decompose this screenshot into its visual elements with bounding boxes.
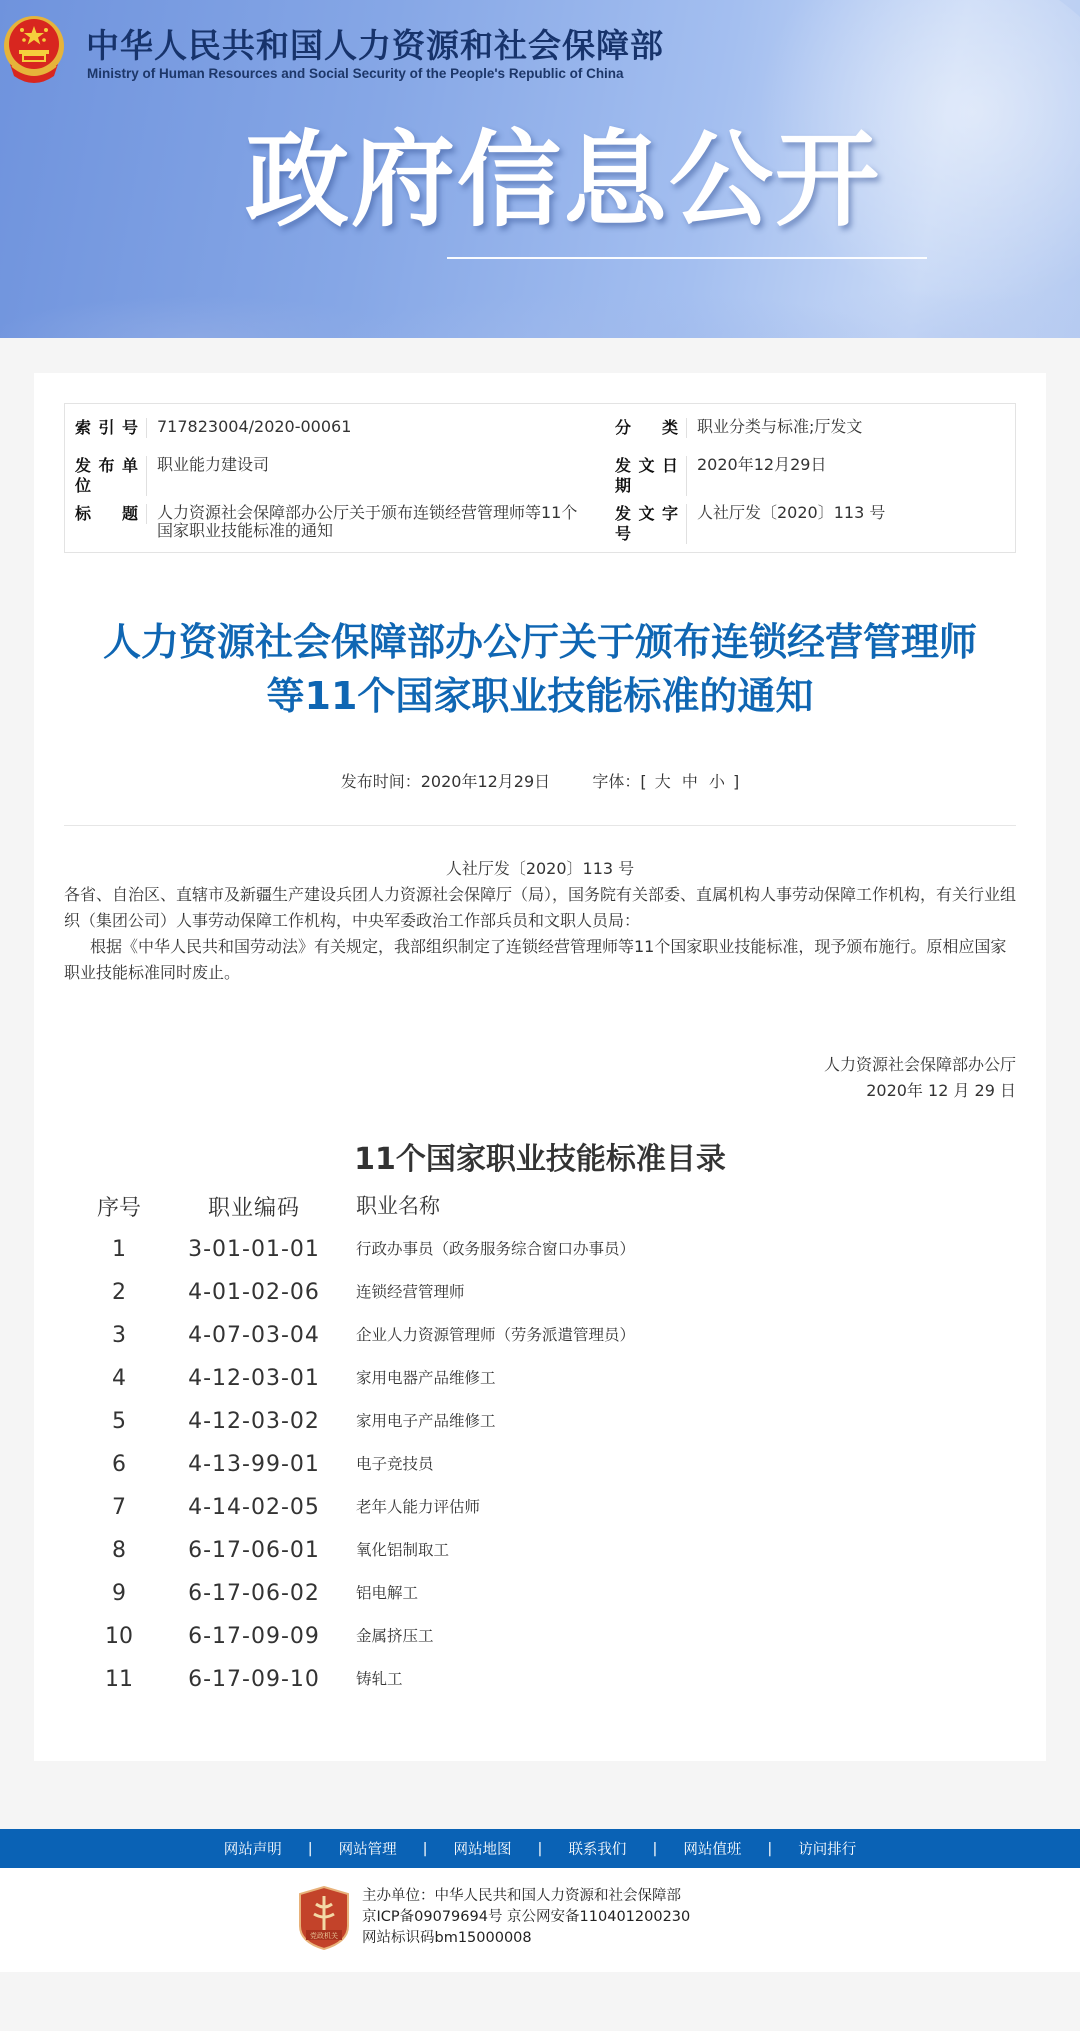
- footer-site-code: 网站标识码bm15000008: [362, 1928, 690, 1949]
- body-paragraph: 根据《中华人民共和国劳动法》有关规定，我部组织制定了连锁经营管理师等11个国家职…: [64, 934, 1016, 986]
- footer-separator: |: [401, 1841, 450, 1857]
- table-row: 86-17-06-01氧化铝制取工: [74, 1529, 644, 1572]
- ministry-name-cn[interactable]: 中华人民共和国人力资源和社会保障部: [86, 20, 664, 67]
- signature-block: 人力资源社会保障部办公厅 2020年 12 月 29 日: [64, 1052, 1016, 1104]
- row-number: 6: [74, 1443, 164, 1486]
- ministry-name-en[interactable]: Ministry of Human Resources and Social S…: [87, 66, 624, 81]
- font-size-small-link[interactable]: 小: [706, 772, 728, 791]
- issue-date-label: 发文日期: [615, 456, 687, 496]
- footer-info-area: 党政机关 主办单位：中华人民共和国人力资源和社会保障部 京ICP备0907969…: [0, 1868, 1080, 1972]
- occupation-name: 氧化铝制取工: [344, 1529, 644, 1572]
- occupation-code: 4-13-99-01: [164, 1443, 344, 1486]
- banner-underline: [447, 257, 927, 259]
- publisher-label: 发布单位: [75, 456, 147, 496]
- footer-link-statement[interactable]: 网站声明: [220, 1838, 286, 1859]
- table-row: 54-12-03-02家用电子产品维修工: [74, 1400, 644, 1443]
- occupation-name: 连锁经营管理师: [344, 1271, 644, 1314]
- font-bracket-open: [: [640, 772, 646, 791]
- signature-date: 2020年 12 月 29 日: [64, 1078, 1016, 1104]
- footer-sponsor: 主办单位：中华人民共和国人力资源和社会保障部: [362, 1886, 690, 1907]
- doc-number-label: 发文字号: [615, 504, 687, 544]
- footer-link-sitemap[interactable]: 网站地图: [450, 1838, 516, 1859]
- table-body: 13-01-01-01行政办事员（政务服务综合窗口办事员）24-01-02-06…: [74, 1228, 644, 1701]
- occupation-code: 6-17-06-01: [164, 1529, 344, 1572]
- occupation-code: 6-17-09-09: [164, 1615, 344, 1658]
- occupation-code: 4-12-03-02: [164, 1400, 344, 1443]
- occupation-name: 铝电解工: [344, 1572, 644, 1615]
- document-metadata-table: 索引号 717823004/2020-00061 分类 职业分类与标准;厅发文 …: [64, 403, 1016, 553]
- occupation-code: 4-12-03-01: [164, 1357, 344, 1400]
- table-row: 44-12-03-01家用电器产品维修工: [74, 1357, 644, 1400]
- category-value: 职业分类与标准;厅发文: [697, 418, 862, 436]
- table-row: 34-07-03-04企业人力资源管理师（劳务派遣管理员）: [74, 1314, 644, 1357]
- issue-date-value: 2020年12月29日: [697, 456, 826, 474]
- table-header-row: 序号 职业编码 职业名称: [74, 1184, 644, 1228]
- national-emblem-icon[interactable]: [2, 14, 66, 86]
- content-card: 索引号 717823004/2020-00061 分类 职业分类与标准;厅发文 …: [34, 373, 1046, 1761]
- row-number: 9: [74, 1572, 164, 1615]
- occupation-name: 老年人能力评估师: [344, 1486, 644, 1529]
- row-number: 1: [74, 1228, 164, 1271]
- row-number: 4: [74, 1357, 164, 1400]
- occupation-code: 4-01-02-06: [164, 1271, 344, 1314]
- party-government-badge-icon[interactable]: 党政机关: [298, 1886, 350, 1950]
- table-row: 13-01-01-01行政办事员（政务服务综合窗口办事员）: [74, 1228, 644, 1271]
- body-doc-number: 人社厅发〔2020〕113 号: [64, 856, 1016, 882]
- category-label: 分类: [615, 418, 687, 438]
- occupation-code: 3-01-01-01: [164, 1228, 344, 1271]
- table-row: 106-17-09-09金属挤压工: [74, 1615, 644, 1658]
- row-number: 3: [74, 1314, 164, 1357]
- footer-link-management[interactable]: 网站管理: [335, 1838, 401, 1859]
- row-number: 2: [74, 1271, 164, 1314]
- row-number: 10: [74, 1615, 164, 1658]
- occupation-name: 家用电器产品维修工: [344, 1357, 644, 1400]
- title-value: 人力资源社会保障部办公厅关于颁布连锁经营管理师等11个国家职业技能标准的通知: [157, 504, 587, 540]
- table-row: 64-13-99-01电子竞技员: [74, 1443, 644, 1486]
- title-label: 标题: [75, 504, 147, 524]
- row-number: 8: [74, 1529, 164, 1572]
- occupation-code: 4-14-02-05: [164, 1486, 344, 1529]
- occupation-standards-table: 序号 职业编码 职业名称 13-01-01-01行政办事员（政务服务综合窗口办事…: [74, 1184, 644, 1701]
- publish-time-label: 发布时间：: [341, 772, 421, 791]
- occupation-name: 金属挤压工: [344, 1615, 644, 1658]
- font-size-medium-link[interactable]: 中: [679, 772, 701, 791]
- article-title-line2: 等11个国家职业技能标准的通知: [267, 674, 814, 718]
- table-row: 24-01-02-06连锁经营管理师: [74, 1271, 644, 1314]
- publish-time-value: 2020年12月29日: [421, 772, 550, 791]
- doc-number-value: 人社厅发〔2020〕113 号: [697, 504, 885, 522]
- footer-link-duty[interactable]: 网站值班: [679, 1838, 745, 1859]
- row-number: 7: [74, 1486, 164, 1529]
- occupation-name: 企业人力资源管理师（劳务派遣管理员）: [344, 1314, 644, 1357]
- svg-text:党政机关: 党政机关: [310, 1931, 338, 1940]
- footer-separator: |: [516, 1841, 565, 1857]
- meta-row-2: 发布单位 职业能力建设司 发文日期 2020年12月29日: [75, 448, 1005, 496]
- publish-info: 发布时间：2020年12月29日 字体：[ 大 中 小 ]: [64, 769, 1016, 792]
- table-row: 116-17-09-10铸轧工: [74, 1658, 644, 1701]
- occupation-name: 电子竞技员: [344, 1443, 644, 1486]
- publisher-value: 职业能力建设司: [157, 456, 269, 474]
- meta-row-1: 索引号 717823004/2020-00061 分类 职业分类与标准;厅发文: [75, 410, 1005, 448]
- occupation-code: 6-17-09-10: [164, 1658, 344, 1701]
- font-bracket-close: ]: [733, 772, 739, 791]
- header-banner: 中华人民共和国人力资源和社会保障部 Ministry of Human Reso…: [0, 0, 1080, 338]
- footer-icp[interactable]: 京ICP备09079694号 京公网安备110401200230: [362, 1907, 690, 1928]
- occupation-name: 行政办事员（政务服务综合窗口办事员）: [344, 1228, 644, 1271]
- signature-org: 人力资源社会保障部办公厅: [64, 1052, 1016, 1078]
- table-row: 74-14-02-05老年人能力评估师: [74, 1486, 644, 1529]
- article-title-line1: 人力资源社会保障部办公厅关于颁布连锁经营管理师: [103, 620, 977, 664]
- content-divider: [64, 825, 1016, 826]
- occupation-name: 铸轧工: [344, 1658, 644, 1701]
- article-body: 人社厅发〔2020〕113 号 各省、自治区、直辖市及新疆生产建设兵团人力资源社…: [64, 856, 1016, 986]
- index-value: 717823004/2020-00061: [157, 418, 351, 436]
- occupation-code: 4-07-03-04: [164, 1314, 344, 1357]
- occupation-name: 家用电子产品维修工: [344, 1400, 644, 1443]
- body-addressees: 各省、自治区、直辖市及新疆生产建设兵团人力资源社会保障厅（局），国务院有关部委、…: [64, 882, 1016, 934]
- column-header-name: 职业名称: [344, 1184, 644, 1228]
- table-row: 96-17-06-02铝电解工: [74, 1572, 644, 1615]
- index-label: 索引号: [75, 418, 147, 438]
- column-header-code: 职业编码: [164, 1184, 344, 1228]
- footer-link-contact[interactable]: 联系我们: [564, 1838, 630, 1859]
- footer-link-ranking[interactable]: 访问排行: [794, 1838, 860, 1859]
- column-header-no: 序号: [74, 1184, 164, 1228]
- footer-separator: |: [745, 1841, 794, 1857]
- banner-title: 政府信息公开: [245, 128, 881, 232]
- article-title: 人力资源社会保障部办公厅关于颁布连锁经营管理师 等11个国家职业技能标准的通知: [64, 615, 1016, 723]
- occupation-code: 6-17-06-02: [164, 1572, 344, 1615]
- font-size-label: 字体：: [592, 772, 640, 791]
- catalog-title: 11个国家职业技能标准目录: [64, 1134, 1016, 1178]
- font-size-large-link[interactable]: 大: [652, 772, 674, 791]
- row-number: 5: [74, 1400, 164, 1443]
- footer-separator: |: [630, 1841, 679, 1857]
- row-number: 11: [74, 1658, 164, 1701]
- footer-nav: 网站声明 | 网站管理 | 网站地图 | 联系我们 | 网站值班 | 访问排行: [0, 1829, 1080, 1868]
- footer-separator: |: [286, 1841, 335, 1857]
- meta-row-3: 标题 人力资源社会保障部办公厅关于颁布连锁经营管理师等11个国家职业技能标准的通…: [75, 496, 1005, 544]
